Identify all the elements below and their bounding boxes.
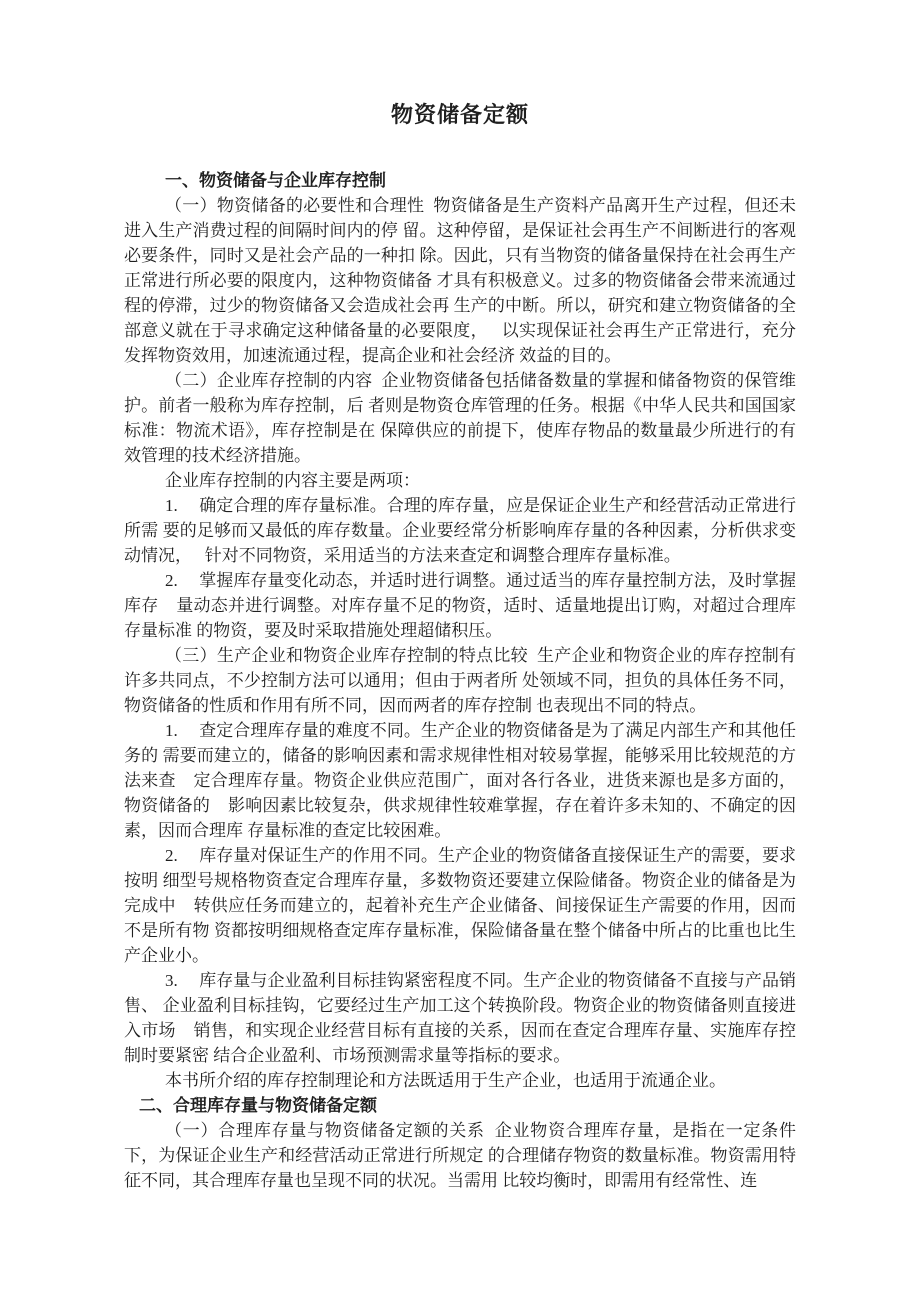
section-heading: 一、物资储备与企业库存控制 (124, 168, 796, 193)
paragraph: 2. 掌握库存量变化动态，并适时进行调整。通过适当的库存量控制方法，及时掌握库存… (124, 568, 796, 643)
paragraph: （一）物资储备的必要性和合理性 物资储备是生产资料产品离开生产过程，但还未进入生… (124, 193, 796, 368)
paragraph: 1. 确定合理的库存量标准。合理的库存量，应是保证企业生产和经营活动正常进行所需… (124, 493, 796, 568)
document-page: 物资储备定额 一、物资储备与企业库存控制（一）物资储备的必要性和合理性 物资储备… (0, 0, 920, 1302)
paragraph: 3. 库存量与企业盈利目标挂钩紧密程度不同。生产企业的物资储备不直接与产品销售、… (124, 968, 796, 1068)
paragraph: （一）合理库存量与物资储备定额的关系 企业物资合理库存量，是指在一定条件下，为保… (124, 1118, 796, 1193)
paragraph: 2. 库存量对保证生产的作用不同。生产企业的物资储备直接保证生产的需要，要求按明… (124, 843, 796, 968)
section-heading: 二、合理库存量与物资储备定额 (124, 1093, 796, 1118)
paragraph: （二）企业库存控制的内容 企业物资储备包括储备数量的掌握和储备物资的保管维护。前… (124, 368, 796, 468)
paragraph: 本书所介绍的库存控制理论和方法既适用于生产企业，也适用于流通企业。 (124, 1068, 796, 1093)
paragraph: 企业库存控制的内容主要是两项： (124, 468, 796, 493)
paragraph: 1. 查定合理库存量的难度不同。生产企业的物资储备是为了满足内部生产和其他任务的… (124, 718, 796, 843)
paragraph: （三）生产企业和物资企业库存控制的特点比较 生产企业和物资企业的库存控制有许多共… (124, 643, 796, 718)
document-title: 物资储备定额 (0, 0, 920, 130)
document-body: 一、物资储备与企业库存控制（一）物资储备的必要性和合理性 物资储备是生产资料产品… (124, 168, 796, 1193)
